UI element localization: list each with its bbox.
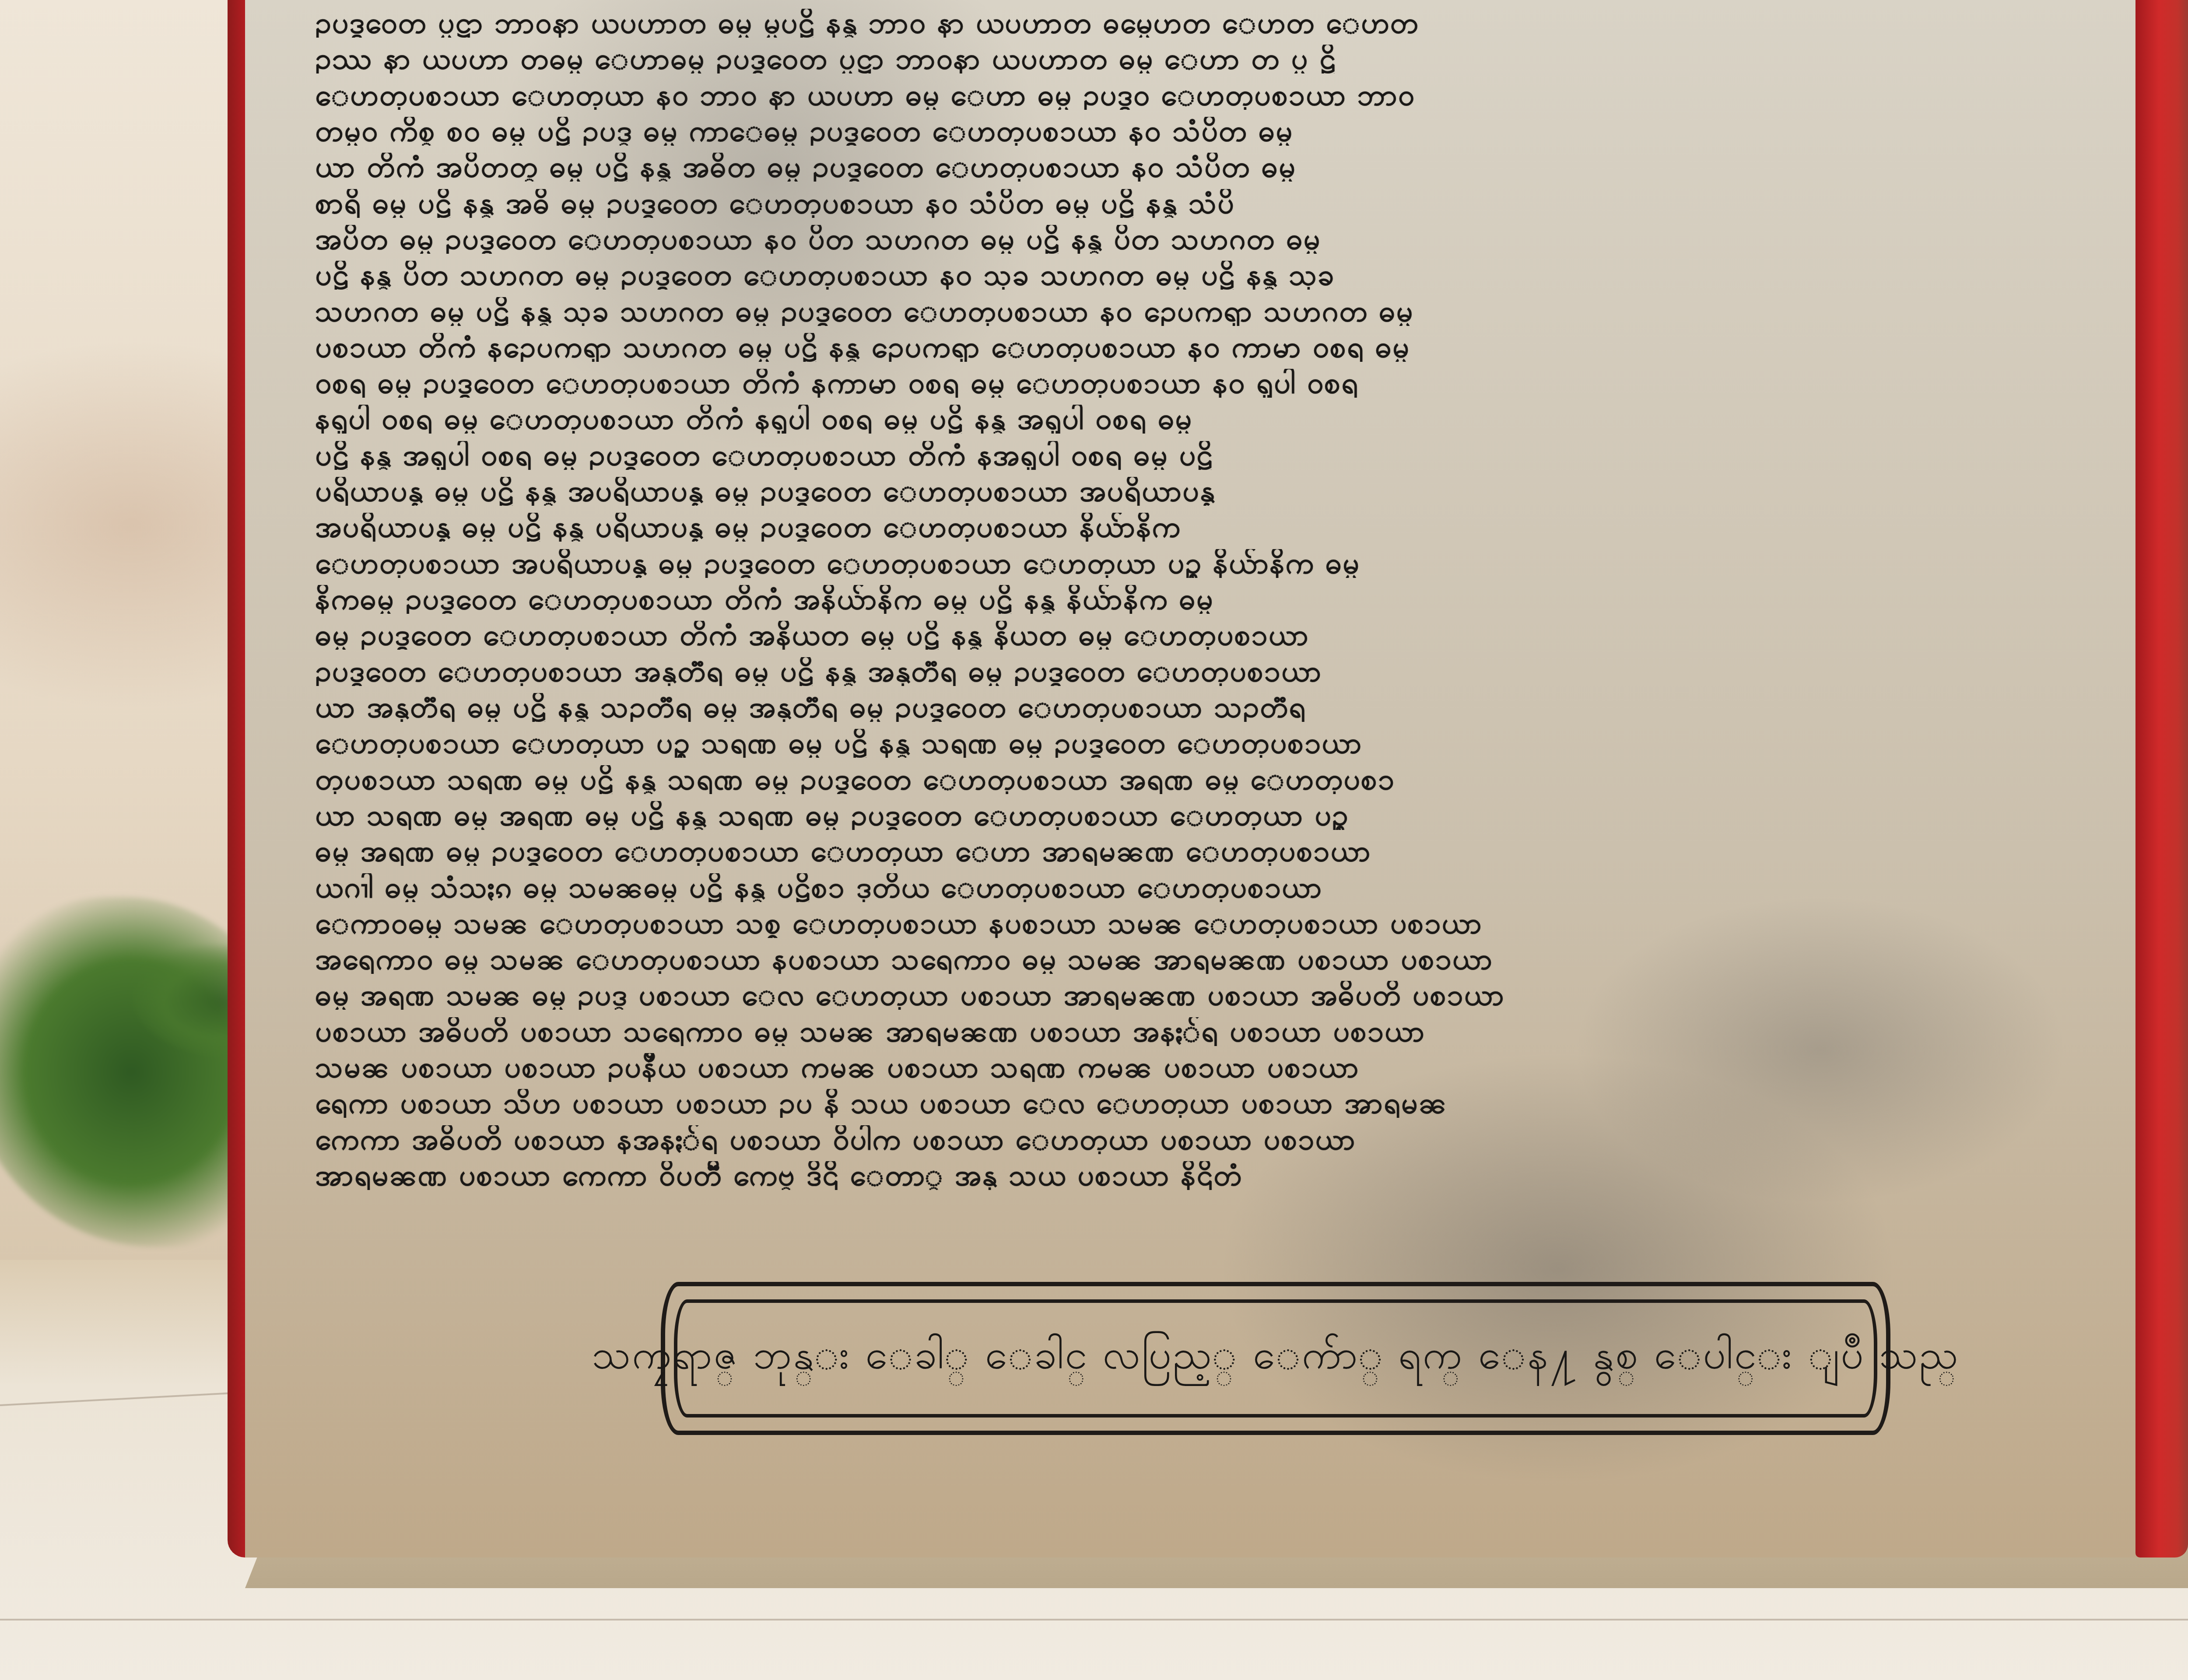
inscription-line: ပဋိ နန္ ပိတ သဟဂတ ဓမ္မ ဥပဒ္ဒဝေတ ေဟတုပစၥယာ… — [315, 261, 2118, 290]
inscription-line: ေဟတုပစၥယာ အပရိယာပန္န ဓမ္မ ဥပဒ္ဒဝေတ ေဟတုပ… — [315, 549, 2118, 578]
inscription-line: ဓမ္မ အရဏ သမၼ ဓမ္မ ဥပဒ္ ပစၥယာ ေလ ေဟတုယာ ပ… — [315, 981, 2118, 1010]
inscription-line: ဓမ္မ ဥပဒ္ဒဝေတ ေဟတုပစၥယာ တိကံ အနိယတ ဓမ္မ … — [315, 621, 2118, 650]
cartouche-text: သကၠရာဇ္ ဘုန္း ေခါ္ ေခါင္ လပြည့္ ေက်ာ္ ရက… — [592, 1329, 1960, 1388]
red-painted-edge-right — [2135, 0, 2188, 1557]
inscription-line: ဝစရ ဓမ္မ ဥပဒ္ဒဝေတ ေဟတုပစၥယာ တိကံ နကာမာ ဝ… — [315, 369, 2118, 398]
inscription-line: ရေကာ ပစၥယာ သိဟ ပစၥယာ ပစၥယာ ဥပ နိ သယ ပစၥယ… — [315, 1089, 2118, 1118]
cartouche-inner-border: သကၠရာဇ္ ဘုန္း ေခါ္ ေခါင္ လပြည့္ ေက်ာ္ ရက… — [674, 1299, 1877, 1417]
inscription-line: ဓမ္မ အရဏ ဓမ္မ ဥပဒ္ဒဝေတ ေဟတုပစၥယာ ေဟတုယာ … — [315, 837, 2118, 866]
inscription-line: ကေကာ အဓိပတိ ပစၥယာ နအနႏၲရ ပစၥယာ ဝိပါက ပစၥ… — [315, 1125, 2118, 1154]
inscription-line: သမၼ ပစၥယာ ပစၥယာ ဥပနိႆယ ပစၥယာ ကမၼ ပစၥယာ သ… — [315, 1053, 2118, 1082]
inscription-line: အာရမၼဏ ပစၥယာ ကေကာ ဝိပတၱိ ကေဗ္ ဒိဌိ ေတာ္ … — [315, 1161, 2118, 1190]
dedication-cartouche: သကၠရာဇ္ ဘုန္း ေခါ္ ေခါင္ လပြည့္ ေက်ာ္ ရက… — [661, 1282, 1890, 1435]
inscription-line: နိကဓမ္မ ဥပဒ္ဒဝေတ ေဟတုပစၥယာ တိကံ အနိယ်ာနိ… — [315, 585, 2118, 614]
inscription-line: အရေကာဝ ဓမ္မ သမၼ ေဟတုပစၥယာ နပစၥယာ သရေကာဝ … — [315, 945, 2118, 974]
inscription-line: စာရိ ဓမ္မ ပဋိ နန္ အဓိ ဓမ္မ ဥပဒ္ဒဝေတ ေဟတု… — [315, 189, 2118, 218]
inscription-line: ယဂၢါ ဓမ္မ သံသႏၵ ဓမ္မ သမၼဓမ္မ ပဋိ နန္ ပဋိ… — [315, 873, 2118, 902]
inscription-line: ေကာဝဓမ္မ သမၼ ေဟတုပစၥယာ သစ္စ ေဟတုပစၥယာ နပ… — [315, 909, 2118, 938]
inscription-line: ယာ အနုတၱရ ဓမ္မ ပဋိ နန္ သဥတၱရ ဓမ္မ အနုတၱရ… — [315, 693, 2118, 722]
inscription-line: ယာ သရဏ ဓမ္မ အရဏ ဓမ္မ ပဋိ နန္ သရဏ ဓမ္မ ဥပ… — [315, 801, 2118, 830]
inscription-line: ဥပဒ္ဒဝေတ ပ္ပဋ္ဌာ ဘာဝနာ ယပဟာတ ဓမ္မ မ္မပဋိ… — [315, 9, 2118, 38]
inscription-line: အပိတ ဓမ္မ ဥပဒ္ဒဝေတ ေဟတုပစၥယာ နဝ ပိတ သဟဂတ… — [315, 225, 2118, 254]
inscription-line: သဟဂတ ဓမ္မ ပဋိ နန္ သုခ သဟဂတ ဓမ္မ ဥပဒ္ဒဝေတ… — [315, 297, 2118, 326]
inscription-line: အပရိယာပန္န ဓမ္မ ပဋိ နန္ ပရိယာပန္န ဓမ္မ ဥ… — [315, 513, 2118, 542]
engraved-inscription: ဥပဒ္ဒဝေတ ပ္ပဋ္ဌာ ဘာဝနာ ယပဟာတ ဓမ္မ မ္မပဋိ… — [315, 9, 2118, 1190]
inscription-line: ယာ တိကံ အပိတတ္ ဓမ္မ ပဋိ နန္ အဓိတ ဓမ္မ ဥပ… — [315, 153, 2118, 182]
inscription-line: နရူပါ ဝစရ ဓမ္မ ေဟတုပစၥယာ တိကံ နရူပါ ဝစရ … — [315, 405, 2118, 434]
inscription-line: ပစၥယာ တိကံ နဥေပကၡာ သဟဂတ ဓမ္မ ပဋိ နန္ ဥေပ… — [315, 333, 2118, 362]
inscription-line: ဉဿ နာ ယပဟာ တဓမ္မ ေဟာဓမ္မ ဥပဒ္ဒဝေတ ပ္ပဋ္ဌ… — [315, 45, 2118, 73]
floor-tile-seam — [0, 1619, 2188, 1620]
inscription-line: ပဋိ နန္ အရူပါ ဝစရ ဓမ္မ ဥပဒ္ဒဝေတ ေဟတုပစၥယ… — [315, 441, 2118, 470]
inscription-line: ဥပဒ္ဒဝေတ ေဟတုပစၥယာ အနုတၱရ ဓမ္မ ပဋိ နန္ အ… — [315, 657, 2118, 686]
inscription-line: ပရိယာပန္န ဓမ္မ ပဋိ နန္ အပရိယာပန္န ဓမ္မ ဥ… — [315, 477, 2118, 506]
inscription-line: ပစၥယာ အဓိပတိ ပစၥယာ သရေကာဝ ဓမ္မ သမၼ အာရမၼ… — [315, 1017, 2118, 1046]
inscription-line: ေဟတုပစၥယာ ေဟတုယာ နဝ ဘာဝ နာ ယပဟာ ဓမ္မ ေဟာ… — [315, 81, 2118, 110]
inscription-line: တုပစၥယာ သရဏ ဓမ္မ ပဋိ နန္ သရဏ ဓမ္မ ဥပဒ္ဒဝ… — [315, 765, 2118, 794]
inscription-line: ေဟတုပစၥယာ ေဟတုယာ ပဥ္စ သရဏ ဓမ္မ ပဋိ နန္ သ… — [315, 729, 2118, 758]
inscription-line: တမ္မဝ ကိစ္ စဝ ဓမ္မ ပဋိ ဥပဒ္ ဓမ္မ ကာေဓမ္မ… — [315, 117, 2118, 146]
